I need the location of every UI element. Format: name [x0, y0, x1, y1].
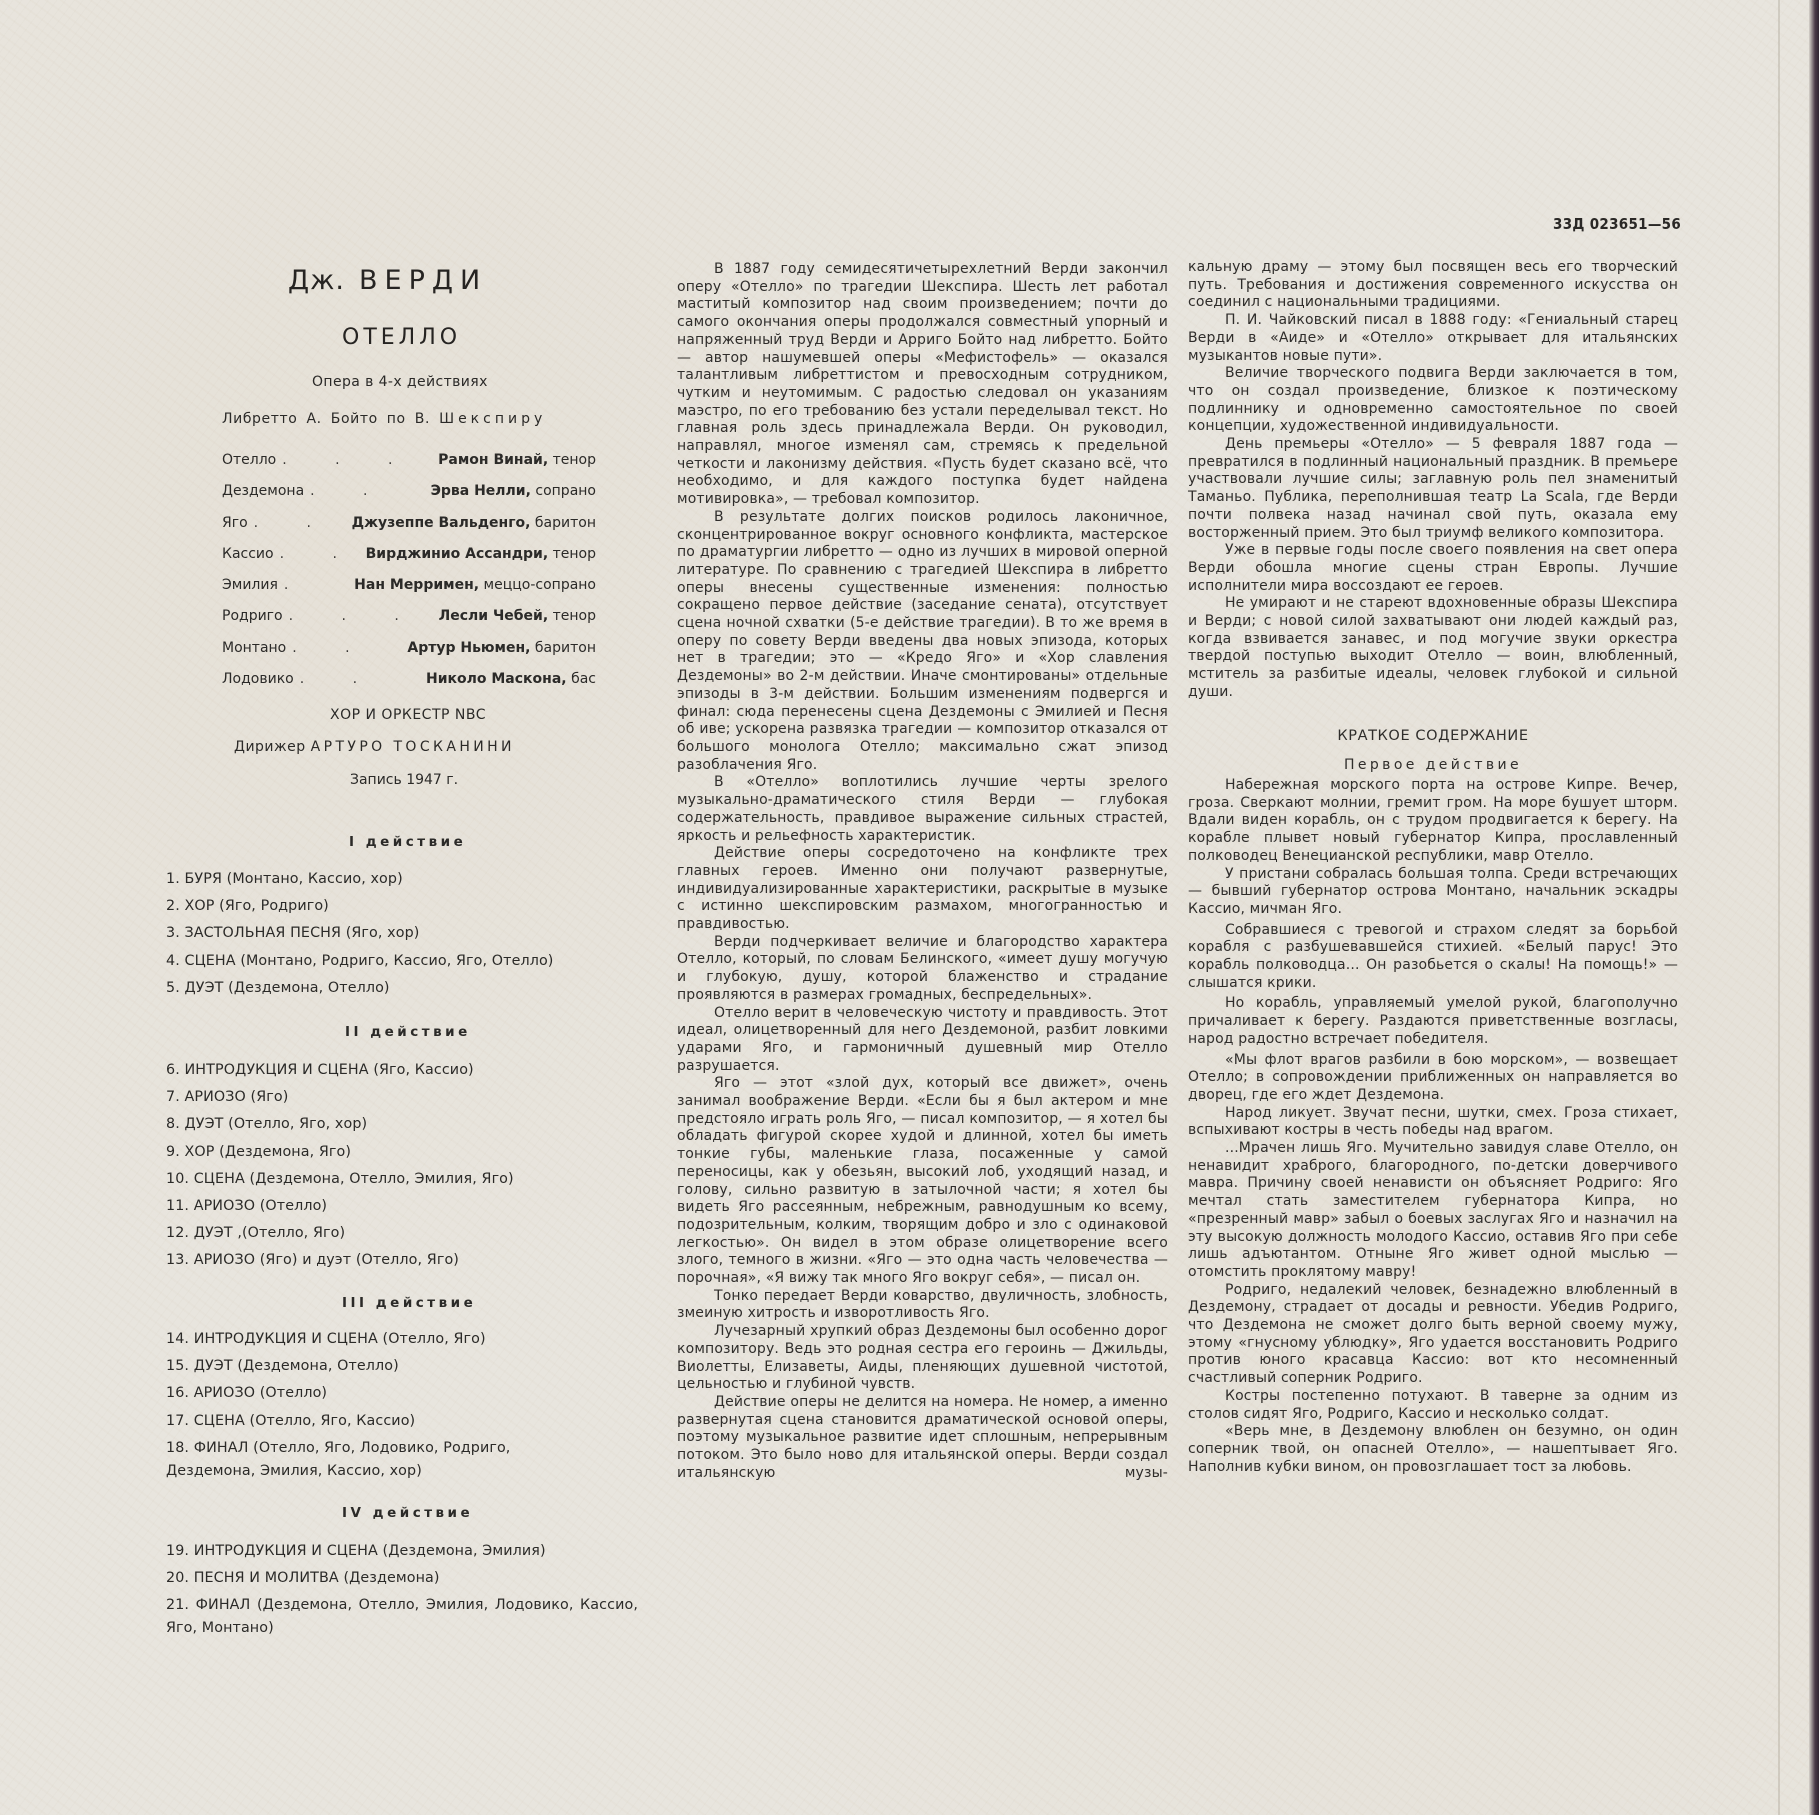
- libretto-author: Шекспиру: [439, 411, 546, 427]
- synopsis-title: КРАТКОЕ СОДЕРЖАНИЕ: [1188, 728, 1678, 746]
- synopsis-paragraph: Собравшиеся с тревогой и страхом следят …: [1188, 922, 1678, 993]
- cast-leader-dots: . . .: [283, 608, 439, 624]
- track-item: 9. ХОР (Дездемона, Яго): [166, 1139, 636, 1166]
- cast-role: Родриго: [222, 608, 283, 624]
- track-list-act-4: 19. ИНТРОДУКЦИЯ И СЦЕНА (Дездемона, Эмил…: [166, 1538, 636, 1642]
- track-item: 5. ДУЭТ (Дездемона, Отелло): [166, 975, 636, 1002]
- track-item: 14. ИНТРОДУКЦИЯ И СЦЕНА (Отелло, Яго): [166, 1326, 636, 1353]
- track-item: 3. ЗАСТОЛЬНАЯ ПЕСНЯ (Яго, хор): [166, 920, 636, 947]
- essay-paragraph: В «Отелло» воплотились лучшие черты зрел…: [677, 774, 1168, 845]
- cast-role: Лодовико: [222, 671, 294, 687]
- composer-name: Дж.ВЕРДИ: [288, 265, 487, 296]
- synopsis-act-title: Первое действие: [1188, 757, 1678, 775]
- track-item: 2. ХОР (Яго, Родриго): [166, 893, 636, 920]
- cast-role: Отелло: [222, 452, 276, 468]
- track-item: 7. АРИОЗО (Яго): [166, 1084, 636, 1111]
- synopsis-paragraph: Но корабль, управляемый умелой рукой, бл…: [1188, 995, 1678, 1048]
- sleeve-edge: [1809, 0, 1819, 1815]
- sleeve-fold-line: [1778, 0, 1780, 1815]
- track-item: 20. ПЕСНЯ И МОЛИТВА (Дездемона): [166, 1565, 636, 1592]
- cast-row: Дездемона. .Эрва Нелли, сопрано: [222, 483, 596, 514]
- track-item: 12. ДУЭТ ,(Отелло, Яго): [166, 1220, 636, 1247]
- track-item: 15. ДУЭТ (Дездемона, Отелло): [166, 1353, 636, 1380]
- cast-role: Монтано: [222, 640, 286, 656]
- essay-paragraph: Тонко передает Верди коварство, двулично…: [677, 1288, 1168, 1323]
- essay-paragraph: Отелло верит в человеческую чистоту и пр…: [677, 1005, 1168, 1076]
- essay-paragraph: Уже в первые годы после своего появления…: [1188, 542, 1678, 595]
- cast-performer: Вирджинио Ассандри, тенор: [366, 546, 596, 562]
- opera-title: ОТЕЛЛО: [342, 325, 461, 350]
- essay-paragraph: Действие оперы сосредоточено на конфликт…: [677, 845, 1168, 934]
- cast-role: Кассио: [222, 546, 274, 562]
- conductor-name: АРТУРО ТОСКАНИНИ: [311, 739, 515, 755]
- act-heading: IV действие: [342, 1505, 473, 1521]
- cast-leader-dots: . .: [304, 483, 430, 499]
- essay-paragraph: В 1887 году семидесятичетырехлетний Верд…: [677, 261, 1168, 509]
- track-list-act-3: 14. ИНТРОДУКЦИЯ И СЦЕНА (Отелло, Яго) 15…: [166, 1326, 636, 1485]
- essay-column: В 1887 году семидесятичетырехлетний Верд…: [677, 261, 1168, 1483]
- track-item: 8. ДУЭТ (Отелло, Яго, хор): [166, 1111, 636, 1138]
- cast-performer: Нан Мерримен, меццо-сопрано: [354, 577, 596, 593]
- synopsis-paragraph: «Верь мне, в Дездемону влюблен он безумн…: [1188, 1423, 1678, 1476]
- cast-list: Отелло. . .Рамон Винай, тенор Дездемона.…: [222, 452, 596, 702]
- track-item: 10. СЦЕНА (Дездемона, Отелло, Эмилия, Яг…: [166, 1166, 636, 1193]
- synopsis-column: кальную драму — этому был посвящен весь …: [1188, 259, 1678, 1476]
- track-item: 19. ИНТРОДУКЦИЯ И СЦЕНА (Дездемона, Эмил…: [166, 1538, 636, 1565]
- synopsis-paragraph: Народ ликует. Звучат песни, шутки, смех.…: [1188, 1105, 1678, 1140]
- cast-leader-dots: . .: [286, 640, 407, 656]
- track-item: 1. БУРЯ (Монтано, Кассио, хор): [166, 866, 636, 893]
- cast-leader-dots: . .: [274, 546, 366, 562]
- cast-performer: Николо Маскона, бас: [426, 671, 596, 687]
- cast-row: Кассио. .Вирджинио Ассандри, тенор: [222, 546, 596, 577]
- libretto-credit: Либретто А. Бойто по В. Шекспиру: [222, 411, 546, 427]
- track-item: 16. АРИОЗО (Отелло): [166, 1380, 636, 1407]
- act-heading: III действие: [342, 1295, 476, 1311]
- essay-paragraph: Верди подчеркивает величие и благородств…: [677, 934, 1168, 1005]
- cast-role: Яго: [222, 515, 248, 531]
- cast-row: Яго. .Джузеппе Вальденго, баритон: [222, 515, 596, 546]
- act-heading: I действие: [349, 834, 466, 850]
- synopsis-paragraph: Костры постепенно потухают. В таверне за…: [1188, 1388, 1678, 1423]
- cast-performer: Лесли Чебей, тенор: [439, 608, 596, 624]
- conductor-credit: ДирижерАРТУРО ТОСКАНИНИ: [234, 739, 515, 755]
- conductor-label: Дирижер: [234, 739, 306, 755]
- cast-leader-dots: .: [278, 577, 354, 593]
- record-sleeve-back: 33Д 023651—56 Дж.ВЕРДИ ОТЕЛЛО Опера в 4-…: [0, 0, 1819, 1815]
- cast-leader-dots: . . .: [276, 452, 438, 468]
- track-item: 18. ФИНАЛ (Отелло, Яго, Лодовико, Родриг…: [166, 1435, 576, 1485]
- choir-orchestra: ХОР И ОРКЕСТР NBC: [330, 707, 486, 723]
- cast-row: Эмилия.Нан Мерримен, меццо-сопрано: [222, 577, 596, 608]
- cast-role: Эмилия: [222, 577, 278, 593]
- essay-paragraph: День премьеры «Отелло» — 5 февраля 1887 …: [1188, 436, 1678, 542]
- composer-initials: Дж.: [288, 265, 345, 296]
- catalog-number: 33Д 023651—56: [1553, 215, 1681, 233]
- essay-paragraph: П. И. Чайковский писал в 1888 году: «Ген…: [1188, 312, 1678, 365]
- cast-performer: Рамон Винай, тенор: [438, 452, 596, 468]
- cast-leader-dots: . .: [294, 671, 426, 687]
- essay-paragraph: кальную драму — этому был посвящен весь …: [1188, 259, 1678, 312]
- essay-paragraph: Лучезарный хрупкий образ Дездемоны был о…: [677, 1323, 1168, 1394]
- essay-paragraph: Действие оперы не делится на номера. Не …: [677, 1394, 1168, 1483]
- cast-row: Отелло. . .Рамон Винай, тенор: [222, 452, 596, 483]
- cast-row: Монтано. .Артур Ньюмен, баритон: [222, 640, 596, 671]
- composer-surname: ВЕРДИ: [359, 265, 487, 296]
- essay-paragraph: Яго — этот «злой дух, который все движет…: [677, 1075, 1168, 1287]
- essay-paragraph: Величие творческого подвига Верди заключ…: [1188, 365, 1678, 436]
- essay-paragraph: Не умирают и не стареют вдохновенные обр…: [1188, 595, 1678, 701]
- synopsis-paragraph: У пристани собралась большая толпа. Сред…: [1188, 866, 1678, 919]
- track-item: 13. АРИОЗО (Яго) и дуэт (Отелло, Яго): [166, 1247, 636, 1274]
- cast-role: Дездемона: [222, 483, 304, 499]
- synopsis-paragraph: «Мы флот врагов разбили в бою морском», …: [1188, 1052, 1678, 1105]
- cast-row: Лодовико. .Николо Маскона, бас: [222, 671, 596, 702]
- track-list-act-1: 1. БУРЯ (Монтано, Кассио, хор) 2. ХОР (Я…: [166, 866, 636, 1002]
- track-item: 6. ИНТРОДУКЦИЯ И СЦЕНА (Яго, Кассио): [166, 1057, 636, 1084]
- recording-year: Запись 1947 г.: [350, 772, 458, 788]
- cast-performer: Артур Ньюмен, баритон: [407, 640, 596, 656]
- cast-row: Родриго. . .Лесли Чебей, тенор: [222, 608, 596, 639]
- act-heading: II действие: [345, 1024, 471, 1040]
- track-item: 4. СЦЕНА (Монтано, Родриго, Кассио, Яго,…: [166, 948, 636, 975]
- cast-performer: Джузеппе Вальденго, баритон: [352, 515, 596, 531]
- track-item: 21. ФИНАЛ (Дездемона, Отелло, Эмилия, Ло…: [166, 1592, 638, 1642]
- track-item: 17. СЦЕНА (Отелло, Яго, Кассио): [166, 1408, 636, 1435]
- track-list-act-2: 6. ИНТРОДУКЦИЯ И СЦЕНА (Яго, Кассио) 7. …: [166, 1057, 636, 1275]
- opera-subtitle: Опера в 4-х действиях: [312, 374, 488, 390]
- track-item: 11. АРИОЗО (Отелло): [166, 1193, 636, 1220]
- cast-leader-dots: . .: [248, 515, 352, 531]
- cast-performer: Эрва Нелли, сопрано: [431, 483, 596, 499]
- libretto-prefix: Либретто А. Бойто по В.: [222, 411, 430, 427]
- synopsis-paragraph: Набережная морского порта на острове Кип…: [1188, 777, 1678, 866]
- synopsis-paragraph: Родриго, недалекий человек, безнадежно в…: [1188, 1282, 1678, 1388]
- synopsis-paragraph: ...Мрачен лишь Яго. Мучительно завидуя с…: [1188, 1140, 1678, 1282]
- essay-paragraph: В результате долгих поисков родилось лак…: [677, 509, 1168, 775]
